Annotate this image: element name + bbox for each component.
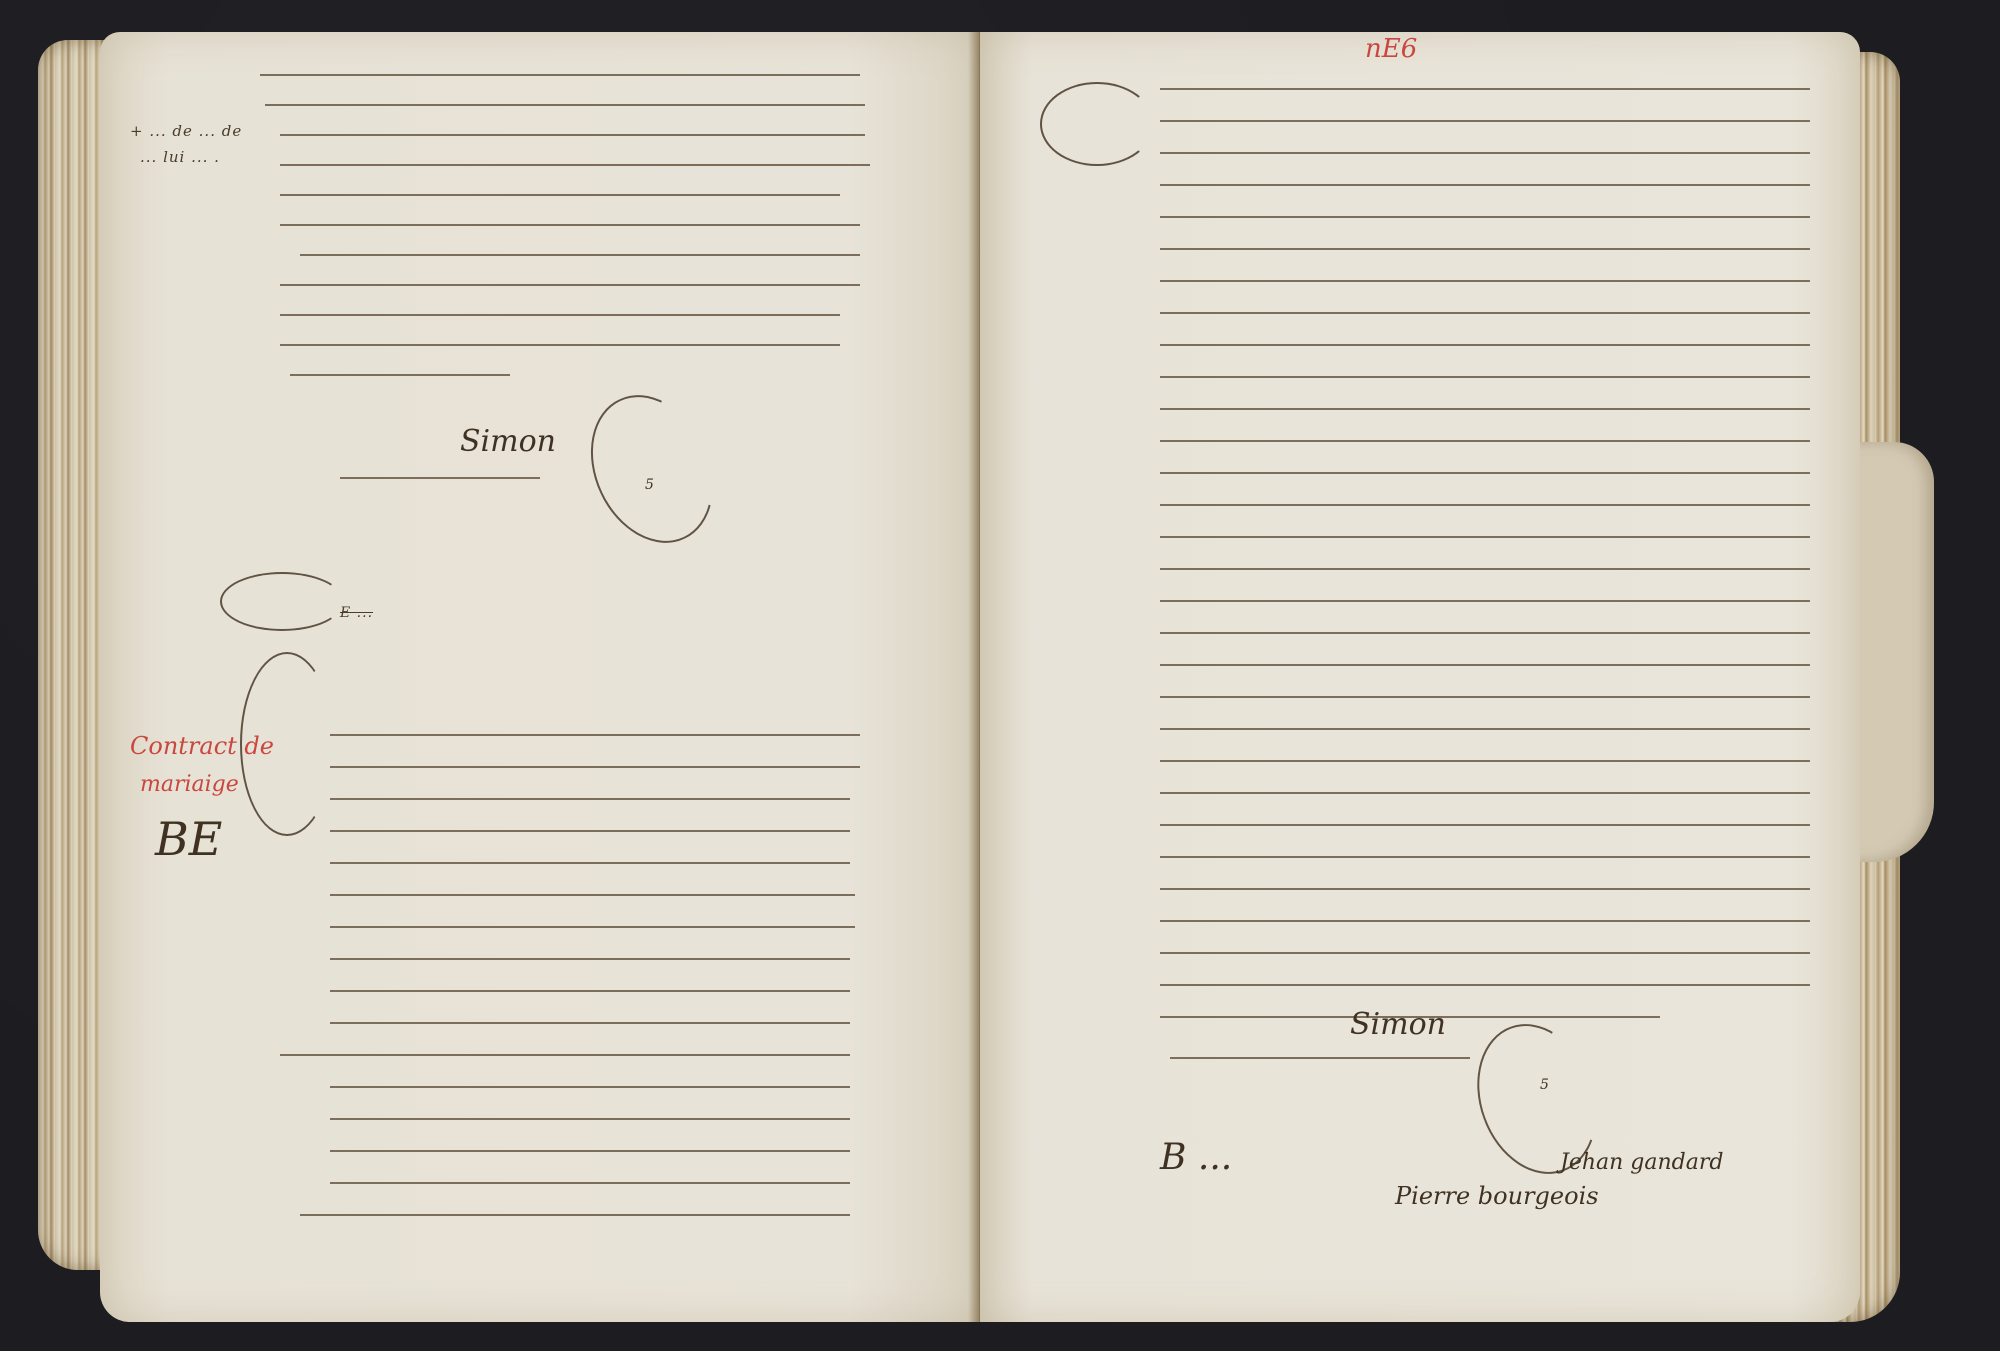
margin-note: + ... de ... de xyxy=(130,124,242,139)
struck-heading: E ... xyxy=(340,606,373,620)
marginal-monogram: BE xyxy=(155,812,222,866)
margin-note: ... lui ... . xyxy=(140,150,220,165)
initial-e-flourish xyxy=(220,572,344,631)
witness-signature: Pierre bourgeois xyxy=(1395,1182,1599,1210)
witness-signature: B ... xyxy=(1160,1137,1232,1178)
paraph-number: 5 xyxy=(1540,1077,1549,1093)
contract-initial-e xyxy=(240,652,334,836)
notary-signature: Simon xyxy=(1350,1007,1446,1042)
notary-signature: Simon xyxy=(460,424,556,459)
folio-mark: nE6 xyxy=(1365,34,1417,64)
rubric-mariaige: mariaige xyxy=(140,772,239,797)
open-manuscript: + ... de ... de ... lui ... . Simon 5 E … xyxy=(20,22,1940,1322)
paraph-flourish xyxy=(568,375,736,563)
witness-signature: Jehan gandard xyxy=(1560,1150,1723,1175)
left-page: + ... de ... de ... lui ... . Simon 5 E … xyxy=(100,32,980,1322)
paraph-number: 5 xyxy=(645,477,654,493)
initial-flourish xyxy=(1040,82,1154,166)
right-page: nE6 xyxy=(980,32,1860,1322)
